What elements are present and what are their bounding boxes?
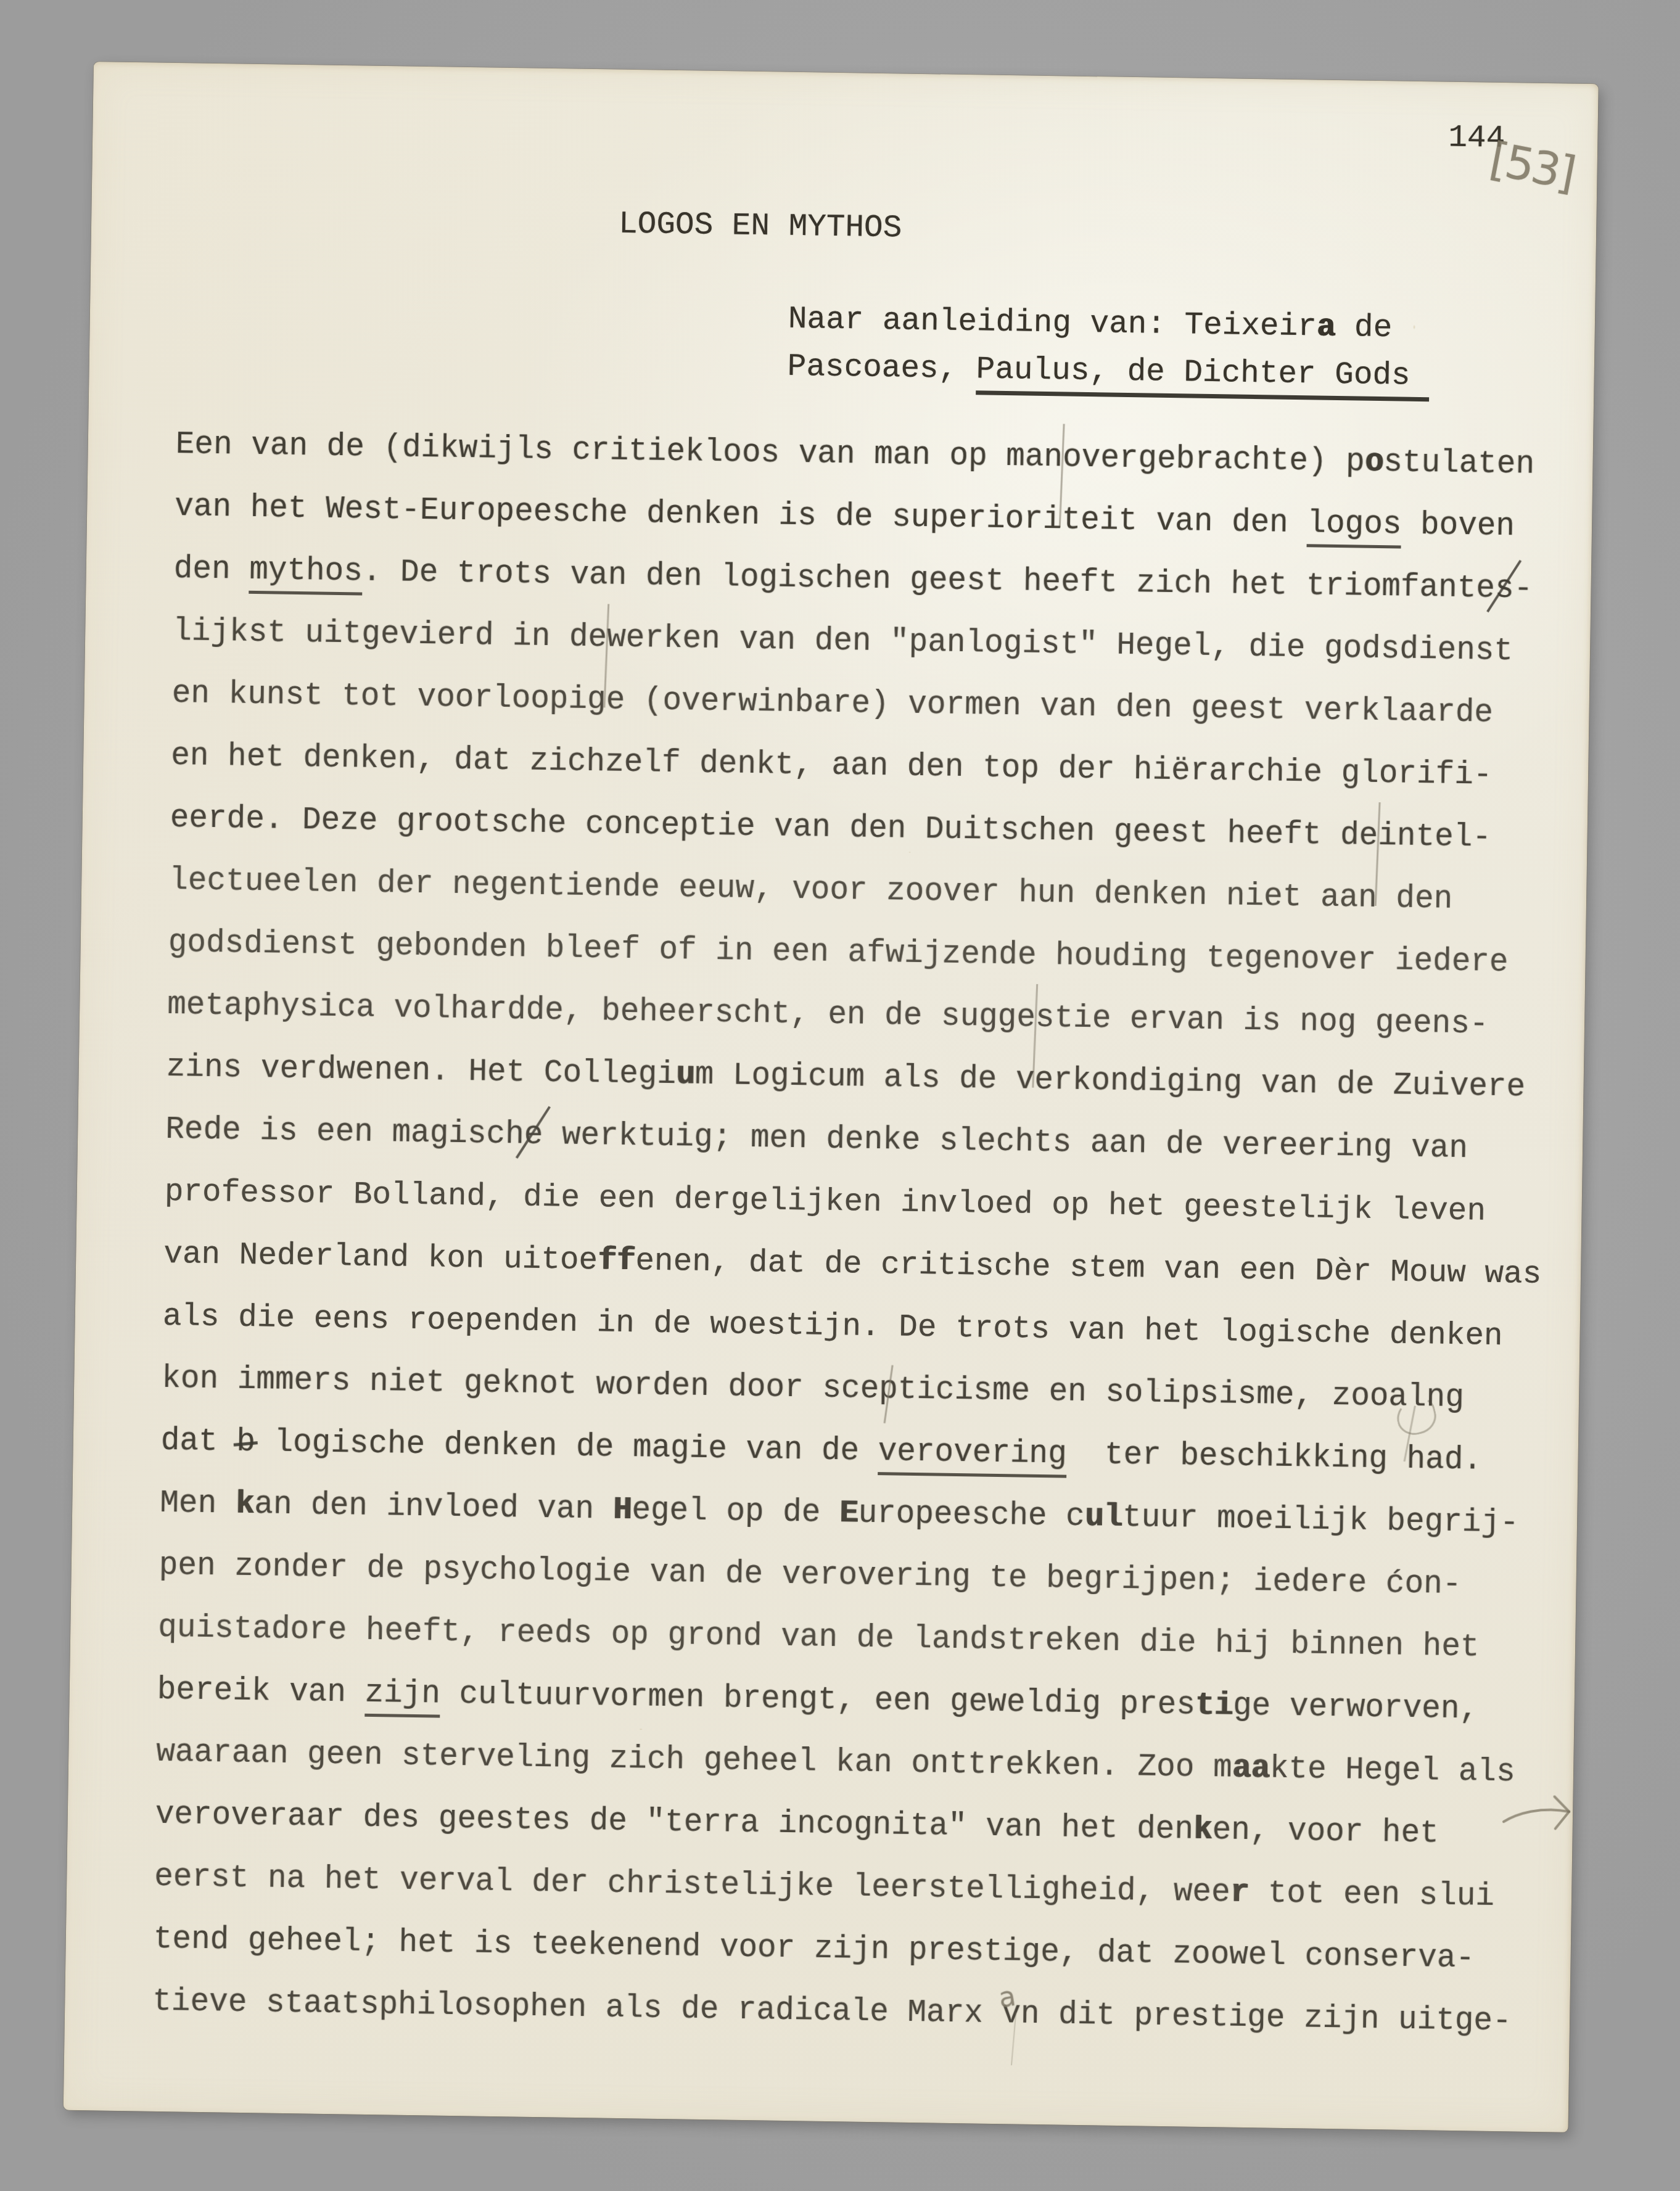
subtitle-line: Pascoaes, Paulus, de Dichter Gods bbox=[787, 349, 1430, 406]
document-title: LOGOS EN MYTHOS bbox=[619, 207, 902, 248]
pencil-archive-number: [53] bbox=[1486, 133, 1578, 200]
document-page: 144 [53] LOGOS EN MYTHOS Naar aanleiding… bbox=[64, 62, 1599, 2132]
pencil-arrow-icon bbox=[1499, 1790, 1586, 1852]
scanner-background: 144 [53] LOGOS EN MYTHOS Naar aanleiding… bbox=[0, 0, 1680, 2191]
body-text: Een van de (dikwijls critiekloos van man… bbox=[152, 427, 1554, 2066]
subtitle-block: Naar aanleiding van: Teixeira dePascoaes… bbox=[787, 302, 1430, 406]
